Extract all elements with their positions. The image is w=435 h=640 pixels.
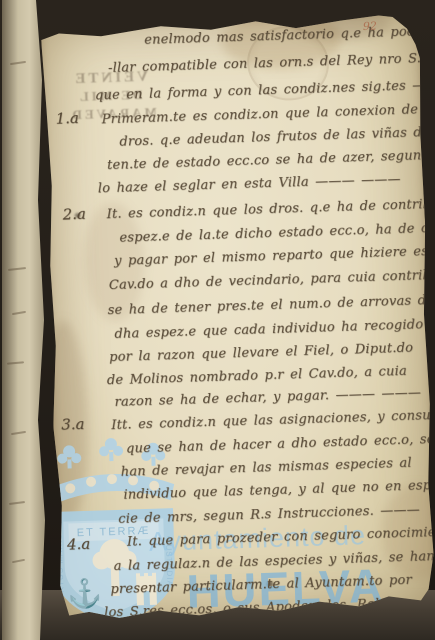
handwriting-line: It. es condiz.n que los dros. q.e ha de … (106, 196, 435, 222)
ghost-text-mark (11, 431, 26, 435)
ghost-text-mark (12, 311, 26, 315)
handwriting-line: dha espez.e que cada individuo ha recogi… (114, 317, 423, 342)
ghost-text-mark (8, 267, 26, 271)
handwriting-line: por la razon que llevare el Fiel, o Dipu… (109, 341, 413, 366)
anchor-icon: ⚓ (67, 576, 103, 610)
margin-number: 4.a (67, 535, 91, 554)
handwriting-line: ten.te de estado ecc.co se ha de azer, s… (107, 146, 435, 173)
handwriting-line: razon se ha de echar, y pagar. ——— ——— (114, 385, 421, 410)
handwriting-line: dros. q.e adeudan los frutos de las viña… (119, 124, 435, 149)
ghost-text-mark (9, 501, 25, 505)
ghost-text-mark (7, 361, 24, 364)
manuscript-page: VEINTE DE MIL MARAVED 92 ET TERRÆ (41, 14, 435, 622)
scanned-manuscript-photo: VEINTE DE MIL MARAVED 92 ET TERRÆ (0, 0, 435, 640)
handwriting-line: lo haze el seglar en esta Villa ——— ——— (98, 172, 401, 197)
handwriting-line: de Molinos nombrado p.r el Cav.do, a cui… (107, 364, 407, 388)
margin-number: 1.a (55, 109, 79, 128)
handwriting-line: espez.e de la.te dicho estado ecc.o, ha … (119, 220, 435, 245)
handwriting-line: Cav.do a dho de vecindario, para cuia co… (109, 267, 435, 293)
handwriting-line: y pagar por el mismo reparto que hiziere… (114, 244, 435, 269)
margin-number: 3.a (61, 415, 85, 434)
handwriting-line: se ha de tener pres.te el num.o de arrov… (107, 293, 434, 318)
previous-page-edge (2, 0, 48, 640)
margin-number: 2.a (62, 205, 86, 224)
ghost-text-mark (12, 559, 25, 563)
handwriting-line: Itt. es condiz.n que las asignaciones, y… (111, 407, 435, 433)
ghost-text-mark (10, 61, 26, 65)
